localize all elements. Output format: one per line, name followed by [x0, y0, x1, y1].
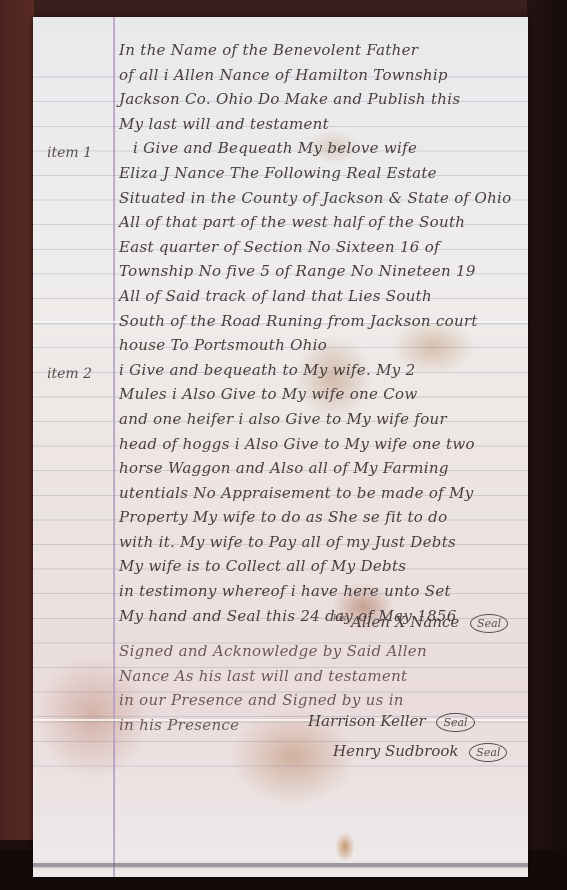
attestation-line: Signed and Acknowledge by Said Allen: [119, 639, 519, 664]
will-line: house To Portsmouth Ohio: [119, 333, 519, 358]
testator-seal: Seal: [470, 614, 508, 633]
will-line: horse Waggon and Also all of My Farming: [119, 456, 519, 481]
testator-signature: his Allen X Nance Seal: [333, 613, 508, 633]
will-line: i Give and bequeath to My wife. My 2: [119, 358, 519, 383]
will-line: of all i Allen Nance of Hamilton Townshi…: [119, 63, 519, 88]
paper-bottom-edge: [33, 863, 528, 867]
will-line: Eliza J Nance The Following Real Estate: [119, 161, 519, 186]
will-line: South of the Road Runing from Jackson co…: [119, 309, 519, 334]
will-line: in testimony whereof i have here unto Se…: [119, 579, 519, 604]
will-line: and one heifer i also Give to My wife fo…: [119, 407, 519, 432]
will-line: Property My wife to do as She se fit to …: [119, 505, 519, 530]
will-line: with it. My wife to Pay all of my Just D…: [119, 530, 519, 555]
will-line: My last will and testament: [119, 112, 519, 137]
will-line: Township No five 5 of Range No Nineteen …: [119, 259, 519, 284]
will-line: East quarter of Section No Sixteen 16 of: [119, 235, 519, 260]
will-line: i Give and Bequeath My belove wife: [119, 136, 519, 161]
will-line: Situated in the County of Jackson & Stat…: [119, 186, 519, 211]
will-body-text: In the Name of the Benevolent Father of …: [119, 38, 519, 628]
item-2-label: item 2: [47, 366, 92, 382]
attestation-line: in our Presence and Signed by us in: [119, 688, 519, 713]
background-right: [527, 0, 567, 890]
witness-1-name: Harrison Keller: [308, 712, 426, 730]
margin-line: [113, 17, 115, 877]
witness-signature: Henry Sudbrook Seal: [333, 742, 507, 762]
testator-mark-his: his: [333, 614, 346, 624]
will-line: utentials No Appraisement to be made of …: [119, 481, 519, 506]
attestation-line: Nance As his last will and testament: [119, 664, 519, 689]
item-1-label: item 1: [47, 145, 92, 161]
will-line: All of Said track of land that Lies Sout…: [119, 284, 519, 309]
will-line: head of hoggs i Also Give to My wife one…: [119, 432, 519, 457]
witness-1-seal: Seal: [436, 713, 474, 732]
background-left: [0, 0, 34, 840]
testator-name: Allen X Nance: [351, 613, 459, 631]
will-line: In the Name of the Benevolent Father: [119, 38, 519, 63]
witness-signature: Harrison Keller Seal: [308, 712, 475, 732]
will-line: My wife is to Collect all of My Debts: [119, 554, 519, 579]
will-line: All of that part of the west half of the…: [119, 210, 519, 235]
will-line: Jackson Co. Ohio Do Make and Publish thi…: [119, 87, 519, 112]
will-document-page: item 1 item 2 In the Name of the Benevol…: [33, 17, 528, 877]
will-line: Mules i Also Give to My wife one Cow: [119, 382, 519, 407]
witness-2-name: Henry Sudbrook: [333, 742, 459, 760]
witness-2-seal: Seal: [469, 743, 507, 762]
